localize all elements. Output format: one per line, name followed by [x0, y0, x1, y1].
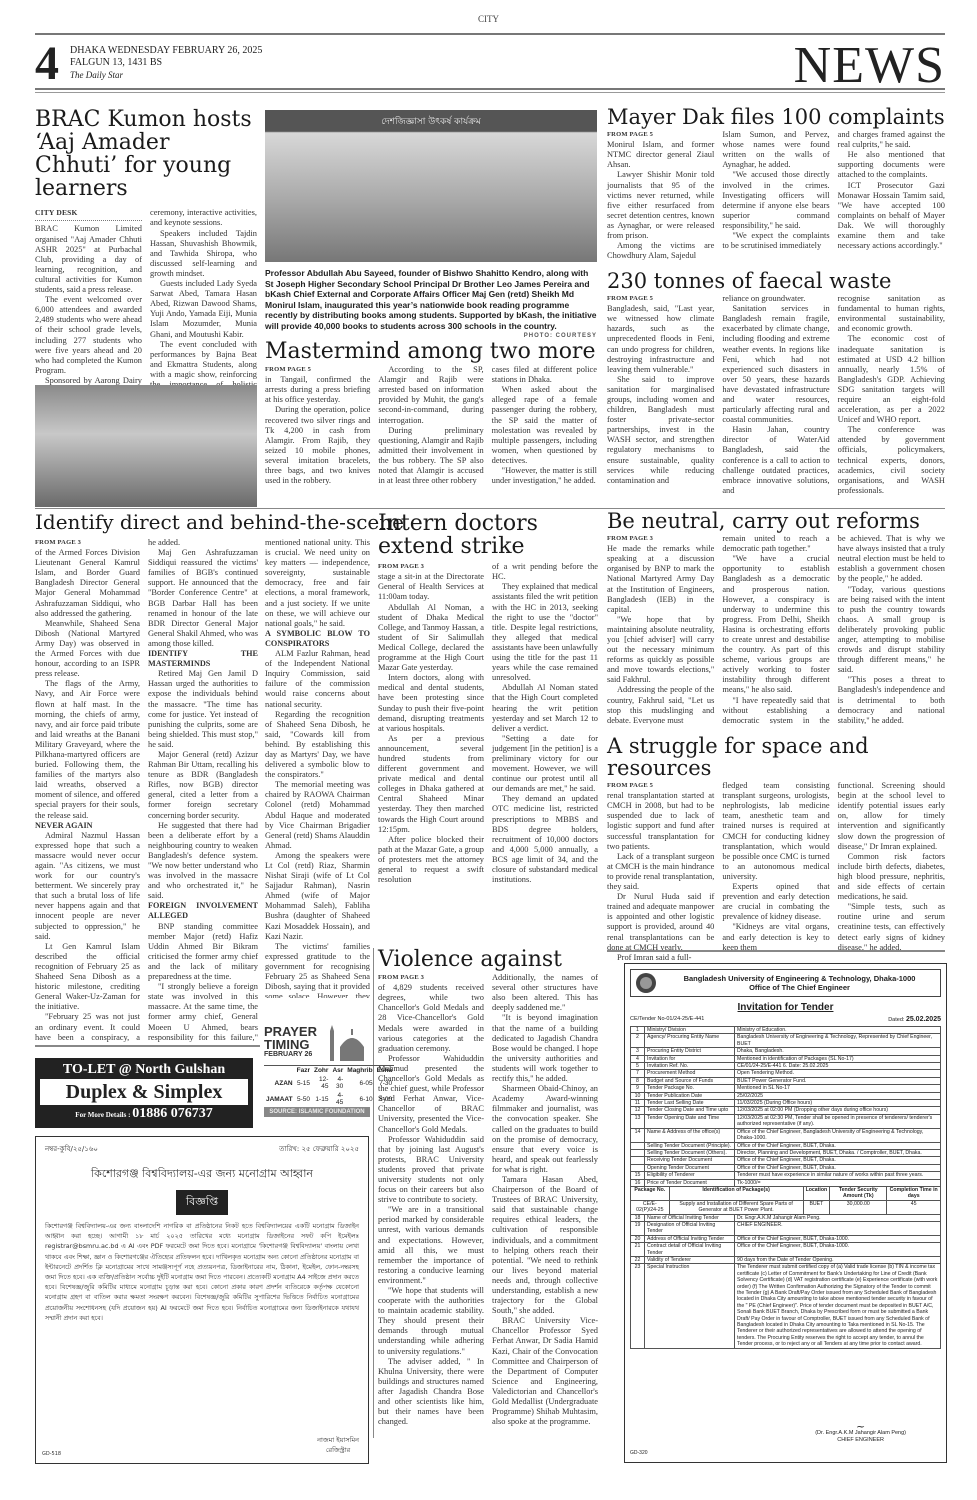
headline: BRAC Kumon hosts ‘Aaj Amader Chhuti’ for…: [35, 108, 257, 200]
tender-cell: Bangladesh University of Engineering & T…: [735, 1034, 941, 1048]
article-column: recognise sanitation as fundamental to h…: [838, 294, 945, 496]
prayer-header: Fazr: [295, 1066, 312, 1076]
divider: [607, 950, 945, 952]
tender-signer: (Dr. Engr.A.K.M Jahangir Alam Peng): [815, 1430, 906, 1437]
subheading: FOREIGN INVOLVEMENT ALLEGED: [148, 901, 258, 921]
tender-cell: Mentioned in SL No-17: [735, 1085, 941, 1092]
article-struggle: A struggle for space and resources FROM …: [607, 735, 945, 981]
tender-row: 23Special InstructionThe Tenderer must s…: [631, 1264, 941, 1348]
article-column: CITY DESKBRAC Kumon Limited organised "A…: [35, 208, 142, 410]
tender-cell: Contract detail of Official Inviting Ten…: [645, 1243, 735, 1257]
tender-cell: 3: [631, 1048, 645, 1055]
prayer-header: Asr: [330, 1066, 345, 1076]
article-column: of a writ pending before the HC.They exp…: [492, 562, 598, 892]
tender-cell: Address of Official Inviting Tender: [645, 1235, 735, 1242]
details-label: For More Details :: [75, 1111, 132, 1119]
paragraph: Common risk factors include birth defect…: [838, 852, 945, 902]
prayer-title-2: TIMING: [264, 1038, 317, 1051]
tender-row: Opening Tender DocumentOffice of the Chi…: [631, 1164, 941, 1171]
paragraph: in Tangail, confirmed the arrests during…: [265, 375, 370, 405]
tender-date: 25.02.2025: [906, 1016, 941, 1023]
paragraph: Monirul Islam, and former NTMC director …: [607, 140, 714, 170]
prayer-header: Zohr: [312, 1066, 330, 1076]
tender-row: 15Eligibility of TendererTenderer must h…: [631, 1172, 941, 1179]
paragraph: They demand an updated OTC medicine list…: [492, 794, 598, 885]
paragraph: "We hope that by maintaining absolute ne…: [607, 615, 714, 686]
paragraph: Addressing the people of the country, Fa…: [607, 685, 714, 724]
paragraph: reliance on groundwater.: [722, 294, 829, 304]
tender-cell: The Tenderer must submit certified copy …: [735, 1264, 941, 1348]
tender-cell: 19: [631, 1221, 645, 1235]
paragraph: The conference was attended by governmen…: [838, 425, 945, 496]
paragraph: of the Armed Forces Division Lieutenant …: [35, 548, 140, 619]
tender-cell: 20: [631, 1235, 645, 1242]
tender-cell: Designation of Official Inviting Tender: [645, 1221, 735, 1235]
paragraph: The flags of the Army, Navy, and Air For…: [35, 679, 140, 820]
paragraph: She said to improve sanitation for margi…: [607, 375, 714, 486]
tender-cell: Dr. Engr.A.K.M Jahangir Alam Peng.: [735, 1214, 941, 1221]
paragraph: They explained that medical assistants f…: [492, 582, 598, 683]
memo-number: নম্বর-কুবি/২৫/১৬০: [45, 1143, 98, 1155]
article-intern-doctors: Intern doctors extend strike FROM PAGE 3…: [378, 512, 598, 892]
tender-cell: Tender Last Selling Date: [645, 1100, 735, 1107]
notice-date: তারিখ: ২৫ ফেব্রুয়ারি ২০২৫: [279, 1143, 359, 1155]
paragraph: The economic cost of inadequate sanitati…: [838, 334, 945, 425]
mosque-icon: [328, 1025, 370, 1063]
prayer-header: [264, 1066, 295, 1076]
notice-signature: নাজমা ইয়াসমিন রেজিস্ট্রার: [317, 1435, 359, 1455]
headline: Violence against: [378, 948, 598, 971]
article-column: FROM PAGE 3stage a sit-in at the Directo…: [378, 562, 484, 892]
paragraph: be achieved. That is why we have always …: [838, 534, 945, 584]
jump-line: FROM PAGE 5: [265, 365, 370, 375]
article-identify-col1: FROM PAGE 3of the Armed Forces Division …: [35, 538, 258, 1043]
tender-row: 10Tender Publication Date25/02/2025: [631, 1092, 941, 1099]
paragraph: "We have a crucial opportunity to establ…: [722, 554, 829, 695]
tender-cell: Tender Closing Date and Time upto: [645, 1107, 735, 1114]
tender-cell: 23: [631, 1264, 645, 1348]
tender-cell: Director, Planning and Development, BUET…: [735, 1149, 941, 1156]
tender-cell: 12: [631, 1107, 645, 1114]
tender-cell: Tenderer must have experience in similar…: [735, 1172, 941, 1179]
page-number: 4: [35, 40, 59, 88]
top-rule: [35, 33, 945, 35]
column-divider: [373, 948, 374, 1438]
tender-cell: [631, 1142, 645, 1149]
paragraph: Admiral Nazmul Hassan expressed hope tha…: [35, 831, 140, 942]
prayer-header: Maghrib: [345, 1066, 374, 1076]
headline: Mastermind among two more: [265, 340, 597, 363]
masthead-rule-2: [35, 92, 945, 93]
prayer-date: FEBRUARY 26: [264, 1051, 317, 1058]
tender-cell: 12/03/2025 at 02:30 PM, Tender shall be …: [735, 1114, 941, 1128]
paragraph: Tamara Hasan Abed, Chairperson of the Bo…: [492, 1175, 598, 1316]
package-cell: BUET: [803, 1200, 830, 1214]
tender-row: 2Agency/ Procuring Entity NameBangladesh…: [631, 1034, 941, 1048]
tender-row: 14Name & Address of the office(s)Office …: [631, 1128, 941, 1142]
notice-title: কিশোরগঞ্জ বিশ্ববিদ্যালয়-এর জন্য মনোগ্রা…: [45, 1165, 359, 1184]
paragraph: "We expect the complaints to be scrutini…: [722, 231, 829, 251]
buet-logo-icon: [635, 972, 657, 994]
tender-row: 1Ministry/ DivisionMinistry of Education…: [631, 1027, 941, 1034]
package-table: Package No.Identification of Package(s)L…: [630, 1186, 941, 1215]
tender-cell: Selling Tender Document (Principle).: [645, 1142, 735, 1149]
tender-cell: [631, 1157, 645, 1164]
article-column: FROM PAGE 5Bangladesh, said, "Last year,…: [607, 294, 714, 496]
article-identify-col3: mentioned national unity. This is crucia…: [265, 538, 370, 998]
tender-row: 22Validity of Tenderer90 days from the D…: [631, 1257, 941, 1264]
tender-cell: Mentioned in identification of Packages …: [735, 1055, 941, 1062]
paragraph: recognise sanitation as fundamental to h…: [838, 294, 945, 334]
paragraph: and charges framed against the real culp…: [838, 130, 945, 150]
tender-cell: 8: [631, 1077, 645, 1084]
jump-line: FROM PAGE 5: [607, 781, 714, 791]
prayer-cell: 8-00: [375, 1091, 395, 1107]
tender-cell: Office of the Chief Engineer, Bangladesh…: [735, 1128, 941, 1142]
article-column: Additionally, the names of several other…: [492, 973, 598, 1463]
paragraph: of 4,829 students received degrees, whil…: [378, 983, 484, 1054]
paragraph: ALM Fazlur Rahman, head of the Independe…: [265, 649, 370, 710]
notice-badge: বিজ্ঞপ্তি: [176, 1190, 228, 1215]
subheading: A SYMBOLIC BLOW TO CONSPIRATORS: [265, 629, 370, 649]
subheading: IDENTIFY THE MASTERMINDS: [148, 649, 258, 669]
tender-cell: Invitation for: [645, 1055, 735, 1062]
prayer-cell: 4-45: [330, 1091, 345, 1107]
tender-cell: Tender Publication Date: [645, 1092, 735, 1099]
tender-cell: Ministry of Education.: [735, 1027, 941, 1034]
tender-row: 12Tender Closing Date and Time upto12/03…: [631, 1107, 941, 1114]
tender-cell: 18: [631, 1214, 645, 1221]
paragraph: Additionally, the names of several other…: [492, 973, 598, 1013]
paragraph: He suggested that there had been a delib…: [148, 821, 258, 902]
package-cell: 30,000.00: [830, 1200, 887, 1214]
tender-cell: Name of Official Inviting Tender: [645, 1214, 735, 1221]
tender-row: 3Procuring Entity DistrictDhaka, Banglad…: [631, 1048, 941, 1055]
paragraph: The victims' families expressed gratitud…: [265, 942, 370, 998]
tender-row: 7Procurement MethodOpen Tendering Method…: [631, 1070, 941, 1077]
article-column: ceremony, interactive activities, and ke…: [150, 208, 257, 410]
article-faecal-waste: 230 tonnes of faecal waste FROM PAGE 5Ba…: [607, 270, 945, 496]
tender-cell: 25/02/2025: [735, 1092, 941, 1099]
paragraph: "It is beyond imagination that the name …: [492, 1013, 598, 1084]
article-mayer-dak: Mayer Dak files 100 complaints FROM PAGE…: [607, 106, 945, 261]
tender-cell: Open Tendering Method.: [735, 1070, 941, 1077]
date-line: DHAKA WEDNESDAY FEBRUARY 26, 2025: [70, 45, 262, 57]
paragraph: Meanwhile, Shaheed Sena Dibosh (National…: [35, 619, 140, 680]
ad-code: GD-518: [42, 1451, 61, 1457]
paper-logo: The Daily Star: [70, 69, 262, 81]
article-column: cases filed at different police stations…: [492, 365, 597, 486]
paragraph: he added.: [148, 538, 258, 548]
tender-cell: Dhaka, Bangladesh.: [735, 1048, 941, 1055]
signer-name: নাজমা ইয়াসমিন: [317, 1435, 359, 1445]
article-be-neutral: Be neutral, carry out reforms FROM PAGE …: [607, 510, 945, 724]
tender-row: 18Name of Official Inviting TenderDr. En…: [631, 1214, 941, 1221]
tender-cell: Eligibility of Tenderer: [645, 1172, 735, 1179]
tender-cell: Receiving Tender Document: [645, 1157, 735, 1164]
article-column: FROM PAGE 5in Tangail, confirmed the arr…: [265, 365, 370, 486]
tender-cell: 1: [631, 1027, 645, 1034]
headline: Mayer Dak files 100 complaints: [607, 106, 945, 128]
tender-cell: Invitation Ref. No.: [645, 1063, 735, 1070]
paragraph: Dr Nurul Huda said if trained and adequa…: [607, 892, 714, 953]
monogram-notice-ad: নম্বর-কুবি/২৫/১৬০ তারিখ: ২৫ ফেব্রুয়ারি …: [35, 1136, 369, 1464]
prayer-row: JAMAAT5-501-154-456-108-00: [264, 1091, 394, 1107]
tender-cell: Special Instruction: [645, 1264, 735, 1348]
paragraph: The event welcomed over 6,000 attendees …: [35, 295, 142, 376]
prayer-header: Esha: [375, 1066, 395, 1076]
paragraph: During the operation, police recovered t…: [265, 405, 370, 486]
date-block: DHAKA WEDNESDAY FEBRUARY 26, 2025 FALGUN…: [70, 45, 262, 81]
article-column: he added.Maj Gen Ashrafuzzaman Siddiqui …: [148, 538, 258, 1043]
paragraph: Lawyer Shishir Monir told journalists th…: [607, 170, 714, 241]
paragraph: Lack of a transplant surgeon at CMCH is …: [607, 852, 714, 892]
jump-line: FROM PAGE 5: [607, 130, 714, 140]
tender-cell: Selling Tender Document (Others).: [645, 1149, 735, 1156]
paragraph: Hasin Jahan, country director of WaterAi…: [722, 425, 829, 496]
tender-cell: Office of the Chief Engineer, BUET, Dhak…: [735, 1243, 941, 1257]
tender-cell: 21: [631, 1243, 645, 1257]
tender-cell: Procurement Method: [645, 1070, 735, 1077]
package-cell: 45: [887, 1200, 941, 1214]
prayer-cell: 6-05: [345, 1075, 374, 1091]
paragraph: BNP standing committee member Major (ret…: [148, 922, 258, 983]
byline: CITY DESK: [35, 208, 142, 221]
tender-title: Invitation for Tender: [630, 1002, 941, 1013]
tender-signature: ~ (Dr. Engr.A.K.M Jahangir Alam Peng) CH…: [815, 1423, 906, 1444]
headline: Be neutral, carry out reforms: [607, 510, 945, 532]
paragraph: Islam Sumon, and Pervez, whose names wer…: [722, 130, 829, 170]
prayer-cell: JAMAAT: [264, 1091, 295, 1107]
paragraph: Experts opined that prevention and early…: [722, 882, 829, 922]
paragraph: He also mentioned that supporting docume…: [838, 150, 945, 180]
jump-line: FROM PAGE 3: [35, 538, 140, 548]
tender-cell: 11: [631, 1100, 645, 1107]
signer-title: রেজিস্ট্রার: [317, 1445, 359, 1455]
paragraph: After police blocked their path at the M…: [378, 835, 484, 885]
masthead-rule: [35, 88, 945, 90]
tender-cell: Office of the Chief Engineer, BUET, Dhak…: [735, 1142, 941, 1149]
paragraph: "February 25 was not just an ordinary ev…: [35, 1012, 140, 1043]
paragraph: "I have repeatedly said that without est…: [722, 696, 829, 725]
paragraph: Sharmeen Obaid-Chinoy, an Academy Award-…: [492, 1084, 598, 1175]
tender-row: 20Address of Official Inviting TenderOff…: [631, 1235, 941, 1242]
paragraph: The memorial meeting was chaired by RAOW…: [265, 780, 370, 851]
paragraph: He made the remarks while speaking at a …: [607, 544, 714, 615]
photo-banner-text: দেশজিজ্ঞাসা উৎকর্ষ কার্যক্রম: [265, 114, 597, 129]
paragraph: renal transplantation started at CMCH in…: [607, 791, 714, 852]
paragraph: The adviser added, " In Khulna Universit…: [378, 1357, 484, 1428]
tender-signer-title: CHIEF ENGINEER: [815, 1437, 906, 1444]
tender-cell: Agency/ Procuring Entity Name: [645, 1034, 735, 1048]
article-column: and charges framed against the real culp…: [838, 130, 945, 261]
tender-cell: 10: [631, 1092, 645, 1099]
paragraph: Bangladesh, said, "Last year, we witness…: [607, 304, 714, 375]
section-label: CITY: [0, 14, 977, 24]
tender-cell: Name & Address of the office(s): [645, 1128, 735, 1142]
tender-header: Bangladesh University of Engineering & T…: [630, 969, 941, 997]
article-violence: Violence against FROM PAGE 3of 4,829 stu…: [378, 948, 598, 1463]
paragraph: Among the speakers were Lt Col (retd) Ri…: [265, 851, 370, 942]
phone-number[interactable]: 01886 076737: [132, 1106, 213, 1121]
tender-cell: 5: [631, 1063, 645, 1070]
tender-row: 13Tender Opening Date and Time12/03/2025…: [631, 1114, 941, 1128]
book-programme-photo: দেশজিজ্ঞাসা উৎকর্ষ কার্যক্রম: [265, 110, 597, 262]
section-title: NEWS: [794, 40, 945, 92]
paragraph: Abdullah Al Noman stated that the High C…: [492, 683, 598, 733]
ad-code: GD-320: [630, 1450, 648, 1456]
tender-table: 1Ministry/ DivisionMinistry of Education…: [630, 1026, 941, 1187]
tender-row: 4Invitation forMentioned in identificati…: [631, 1055, 941, 1062]
paragraph: Guests included Lady Syeda Sarwat Abed, …: [150, 279, 257, 340]
article-column: According to the SP, Alamgir and Rajib w…: [378, 365, 483, 486]
tender-table-2: 18Name of Official Inviting TenderDr. En…: [630, 1214, 941, 1349]
tender-cell: Office of the Chief Engineer, BUET, Dhak…: [735, 1157, 941, 1164]
brac-event-photo: [35, 385, 257, 507]
tender-row: 11Tender Last Selling Date11/03/2025 (Du…: [631, 1100, 941, 1107]
tolet-line1: TO-LET @ North Gulshan: [38, 1061, 250, 1078]
paragraph: "Today, various questions are being rais…: [838, 585, 945, 676]
tender-ref-line: CE/Tender No-01/24-25/E-441 Dated: 25.02…: [630, 1016, 941, 1023]
paragraph: Prof Imran said a full-: [607, 953, 714, 963]
paragraph: "I strongly believe a foreign state was …: [148, 982, 258, 1043]
divider: [35, 1045, 260, 1047]
tender-row: Selling Tender Document (Others).Directo…: [631, 1149, 941, 1156]
tender-cell: 4: [631, 1055, 645, 1062]
prayer-cell: 12-45: [312, 1075, 330, 1091]
tender-cell: 22: [631, 1257, 645, 1264]
prayer-cell: 4-30: [330, 1075, 345, 1091]
article-column: be achieved. That is why we have always …: [838, 534, 945, 724]
tender-cell: Validity of Tenderer: [645, 1257, 735, 1264]
tender-ref: CE/Tender No-01/24-25/E-441: [630, 1016, 704, 1023]
paragraph: "Simple tests, such as routine urine and…: [838, 902, 945, 952]
paragraph: "We accused those directly involved in t…: [722, 170, 829, 231]
tender-row: Selling Tender Document (Principle).Offi…: [631, 1142, 941, 1149]
tender-cell: Ministry/ Division: [645, 1027, 735, 1034]
tender-cell: 11/03/2025 (During Office hours): [735, 1100, 941, 1107]
prayer-cell: 6-10: [345, 1091, 374, 1107]
tender-cell: 9: [631, 1085, 645, 1092]
tender-row: 5Invitation Ref. No.CE/01/24-25/E-441 6.…: [631, 1063, 941, 1070]
article-column: remain united to reach a democratic path…: [722, 534, 829, 724]
prayer-cell: 5-50: [295, 1091, 312, 1107]
paragraph: of a writ pending before the HC.: [492, 562, 598, 582]
prayer-cell: 5-15: [295, 1075, 312, 1091]
tender-ad: Bangladesh University of Engineering & T…: [624, 963, 947, 1463]
prayer-row: AZAN5-1512-454-306-057-30: [264, 1075, 394, 1091]
tender-row: Receiving Tender DocumentOffice of the C…: [631, 1157, 941, 1164]
package-header: Location: [803, 1186, 830, 1200]
tolet-ad: TO-LET @ North Gulshan Duplex & Simplex …: [35, 1058, 253, 1128]
paragraph: Maj Gen Ashrafuzzaman Siddiqui reassured…: [148, 548, 258, 649]
package-cell: CE/E-02(P)/24-25: [631, 1200, 670, 1214]
tender-cell: 14: [631, 1128, 645, 1142]
paragraph: Regarding the recognition of Shaheed Sen…: [265, 710, 370, 781]
paragraph: cases filed at different police stations…: [492, 365, 597, 385]
tender-cell: [631, 1149, 645, 1156]
tender-cell: 13: [631, 1114, 645, 1128]
paragraph: "Kidneys are vital organs, and early det…: [722, 922, 829, 952]
article-column: reliance on groundwater.Sanitation servi…: [722, 294, 829, 496]
tender-org: Bangladesh University of Engineering & T…: [663, 974, 936, 983]
caption-text: Professor Abdullah Abu Sayeed, founder o…: [265, 268, 597, 331]
tender-cell: 12/03/2025 at 02:00 PM (Dropping other d…: [735, 1107, 941, 1114]
paragraph: ceremony, interactive activities, and ke…: [150, 208, 257, 228]
jump-line: FROM PAGE 3: [607, 534, 714, 544]
tender-cell: CHIEF ENGINEER.: [735, 1221, 941, 1235]
tender-cell: Budget and Source of Funds: [645, 1077, 735, 1084]
dated-label: Dated:: [888, 1017, 904, 1023]
paragraph: Major General (retd) Azizur Rahman Bir U…: [148, 750, 258, 821]
tender-office: Office of The Chief Engineer: [663, 983, 936, 992]
jump-line: FROM PAGE 3: [378, 973, 484, 983]
paragraph: "This poses a threat to Bangladesh's ind…: [838, 675, 945, 724]
paragraph: "We are in a transitional period marked …: [378, 1205, 484, 1286]
tender-cell: Tender Package No.: [645, 1085, 735, 1092]
paragraph: remain united to reach a democratic path…: [722, 534, 829, 554]
jump-line: FROM PAGE 3: [378, 562, 484, 572]
jump-line: FROM PAGE 5: [607, 294, 714, 304]
tender-cell: CE/01/24-25/E-441 6. Date: 25.02.2025: [735, 1063, 941, 1070]
paragraph: As per a previous announcement, several …: [378, 734, 484, 835]
article-column: FROM PAGE 3of 4,829 students received de…: [378, 973, 484, 1463]
article-column: FROM PAGE 3He made the remarks while spe…: [607, 534, 714, 724]
headline: Identify direct and behind-the-scene: [35, 512, 365, 533]
paragraph: functional. Screening should begin at th…: [838, 781, 945, 852]
tender-row: 19Designation of Official Inviting Tende…: [631, 1221, 941, 1235]
signature-scribble: ~: [815, 1423, 906, 1430]
article-column: FROM PAGE 5Monirul Islam, and former NTM…: [607, 130, 714, 261]
paragraph: "We hope that students will cooperate wi…: [378, 1286, 484, 1357]
tolet-line2: Duplex & Simplex: [40, 1079, 248, 1105]
tender-row: 9Tender Package No.Mentioned in SL No-17: [631, 1085, 941, 1092]
tender-cell: Procuring Entity District: [645, 1048, 735, 1055]
paragraph: Sanitation services in Bangladesh remain…: [722, 304, 829, 425]
article-column: FROM PAGE 3of the Armed Forces Division …: [35, 538, 140, 1043]
package-header: Identification of Package(s): [669, 1186, 803, 1200]
tender-cell: 7: [631, 1070, 645, 1077]
paragraph: Professor Wahiduddin said that by joinin…: [378, 1135, 484, 1206]
tender-cell: Tender Opening Date and Time: [645, 1114, 735, 1128]
paragraph: Intern doctors, along with medical and d…: [378, 673, 484, 734]
prayer-cell: 7-30: [375, 1075, 395, 1091]
paragraph: Speakers included Tajdin Hassan, Shuvash…: [150, 229, 257, 279]
tender-cell: Opening Tender Document: [645, 1164, 735, 1171]
package-cell: Supply and Installation of Different Spa…: [669, 1200, 803, 1214]
package-header: Tender Security Amount (Tk): [830, 1186, 887, 1200]
article-column: mentioned national unity. This is crucia…: [265, 538, 370, 998]
tender-cell: BUET Power Generator Fund.: [735, 1077, 941, 1084]
paragraph: stage a sit-in at the Directorate Genera…: [378, 572, 484, 602]
bangla-date: FALGUN 13, 1431 BS: [70, 57, 262, 69]
subheading: NEVER AGAIN: [35, 821, 140, 831]
paragraph: BRAC Kumon Limited organised "Aaj Amader…: [35, 224, 142, 295]
paragraph: Among the victims are Chowdhury Alam, Sa…: [607, 241, 714, 261]
tolet-contact: For More Details : 01886 076737: [38, 1106, 250, 1122]
article-brac: BRAC Kumon hosts ‘Aaj Amader Chhuti’ for…: [35, 108, 257, 410]
paragraph: "However, the matter is still under inve…: [492, 466, 597, 486]
paragraph: When asked about the alleged rape of a f…: [492, 385, 597, 466]
paragraph: mentioned national unity. This is crucia…: [265, 538, 370, 629]
prayer-source: SOURCE: ISLAMIC FOUNDATION: [264, 1107, 370, 1117]
tender-cell: Office of the Chief Engineer, BUET, Dhak…: [735, 1235, 941, 1242]
headline-identify: Identify direct and behind-the-scene: [35, 512, 365, 533]
tender-row: 21Contract detail of Official Inviting T…: [631, 1243, 941, 1257]
photo-caption: Professor Abdullah Abu Sayeed, founder o…: [265, 268, 597, 342]
prayer-cell: 1-15: [312, 1091, 330, 1107]
paragraph: Retired Maj Gen Jamil D Hassan urged the…: [148, 669, 258, 750]
